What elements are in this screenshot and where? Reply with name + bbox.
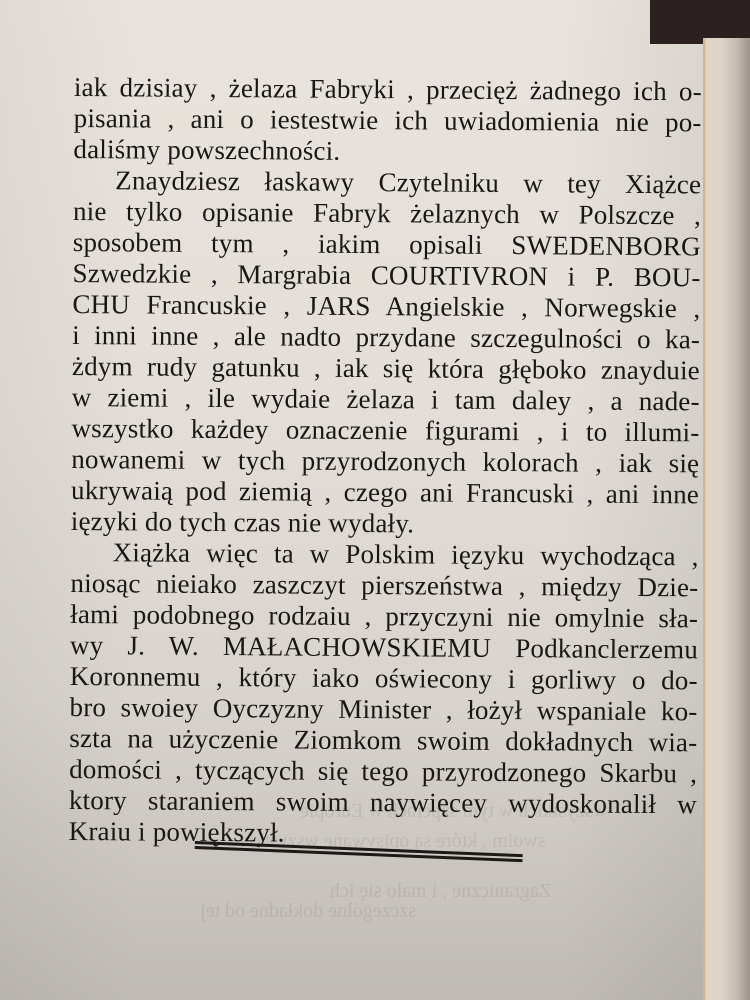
text-line: CHU Francuskie , JARS Angielskie , Norwe… xyxy=(72,289,700,324)
text-line: wszystko każdey oznaczenie figurami , i … xyxy=(71,413,699,448)
text-line: niosąc nieiako zaszczyt pierszeństwa , m… xyxy=(70,568,698,603)
text-line: Koronnemu , który iako oświecony i gorli… xyxy=(70,661,698,696)
paragraph-2: Znaydziesz łaskawy Czytelniku w tey Xiąż… xyxy=(71,165,702,541)
text-line: Kraiu i powiększył. xyxy=(69,816,697,851)
text-line: iak dzisiay , żelaza Fabryki , przecięż … xyxy=(74,72,702,107)
text-line: szta na użyczenie Ziomkom swoim dokładny… xyxy=(69,723,697,758)
text-line: wy J. W. MAŁACHOWSKIEMU Podkanclerzemu xyxy=(70,630,698,665)
text-line: łami podobnego rodzaiu , przyczyni nie o… xyxy=(70,599,698,634)
page-fold-line xyxy=(703,40,705,1000)
text-line: daliśmy powszechności. xyxy=(73,134,701,169)
text-line: domości , tyczących się tego przyrodzone… xyxy=(69,754,697,789)
text-line: bro swoiey Oyczyzny Minister , łożył wsp… xyxy=(69,692,697,727)
text-line: Xiążka więc ta w Polskim ięzyku wychodzą… xyxy=(71,537,699,572)
show-through-text: szczególne dokładne od tej xyxy=(200,900,416,923)
text-line: Znaydziesz łaskawy Czytelniku w tey Xiąż… xyxy=(73,165,701,200)
text-line: pisania , ani o iestestwie ich uwiadomie… xyxy=(74,103,702,138)
text-line: Szwedzkie , Margrabia COURTIVRON i P. BO… xyxy=(72,258,700,293)
text-line: sposobem tym , iakim opisali SWEDENBORG xyxy=(73,227,701,262)
page-text: iak dzisiay , żelaza Fabryki , przecięż … xyxy=(69,72,702,851)
text-line: nowanemi w tych przyrodzonych kolorach ,… xyxy=(71,444,699,479)
text-line: w ziemi , ile wydaie żelaza i tam daley … xyxy=(72,382,700,417)
text-line: ukrywaią pod ziemią , czego ani Francusk… xyxy=(71,475,699,510)
paragraph-1: iak dzisiay , żelaza Fabryki , przecięż … xyxy=(73,72,702,169)
book-page: wszystkich w tym szperach w Europie swoi… xyxy=(0,0,703,1000)
text-line: żdym rudy gatunku , iak się która głębok… xyxy=(72,351,700,386)
text-line: ięzyki do tych czas nie wydały. xyxy=(71,506,699,541)
text-line: nie tylko opisanie Fabryk żelaznych w Po… xyxy=(73,196,701,231)
text-line: i inni inne , ale nadto przydane szczegu… xyxy=(72,320,700,355)
text-line: ktory staraniem swoim naywięcey wydoskon… xyxy=(69,785,697,820)
adjacent-page-edge xyxy=(703,38,750,1000)
paragraph-3: Xiążka więc ta w Polskim ięzyku wychodzą… xyxy=(69,537,699,851)
